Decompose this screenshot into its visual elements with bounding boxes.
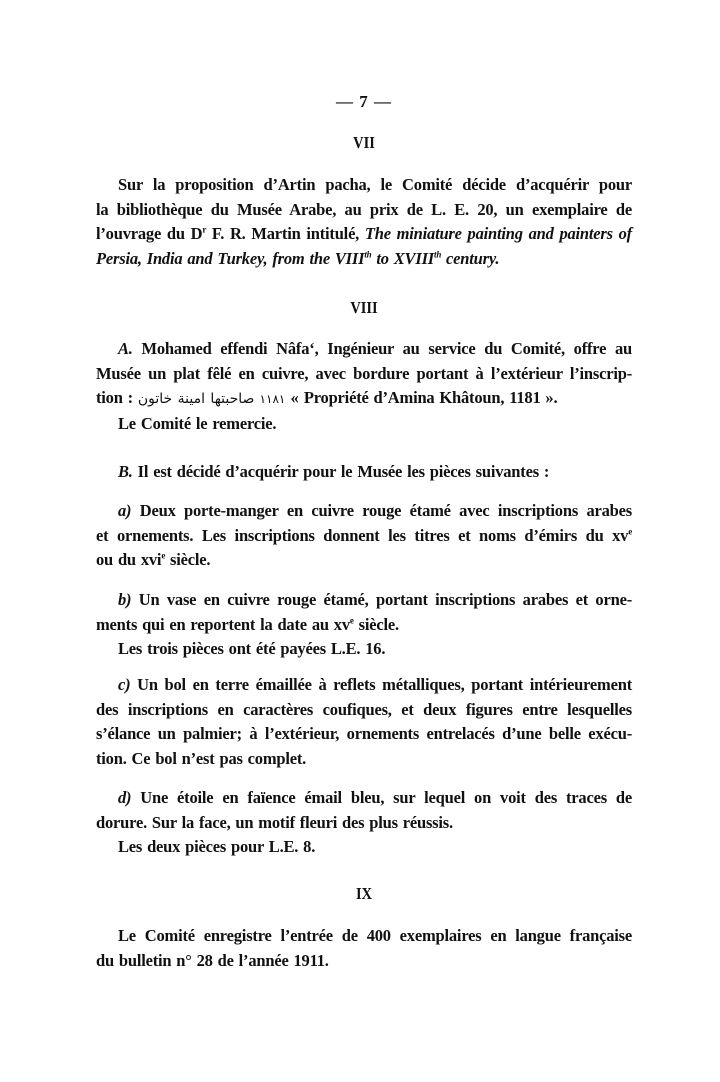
text-line: A. Mohamed effendi Nâfa‘, Ingénieur au s…	[96, 337, 632, 362]
paragraph-item-c: c) Un bol en terre émaillée à reflets mé…	[96, 673, 632, 771]
book-title-italic: century.	[441, 249, 499, 268]
arabic-year: ١١٨١	[260, 392, 286, 406]
text-line: la bibliothèque du Musée Arabe, au prix …	[96, 198, 632, 223]
text-line: B. Il est décidé d’acquérir pour le Musé…	[96, 460, 632, 485]
text-line: Le Comité enregistre l’entrée de 400 exe…	[96, 924, 632, 949]
item-label: d)	[118, 788, 131, 807]
item-label: A.	[118, 339, 133, 358]
text-fragment: et ornements. Les inscriptions donnent l…	[96, 526, 628, 545]
text-line: tion. Ce bol n’est pas complet.	[96, 747, 632, 772]
section-heading-ix: IX	[136, 884, 592, 904]
text-fragment: Mohamed effendi Nâfa‘, Ingénieur au serv…	[133, 339, 632, 358]
text-fragment: Une étoile en faïence émail bleu, sur le…	[131, 788, 632, 807]
text-line: Les trois pièces ont été payées L.E. 16.	[96, 637, 632, 662]
text-line: c) Un bol en terre émaillée à reflets mé…	[96, 673, 632, 698]
text-line: dorure. Sur la face, un motif fleuri des…	[96, 811, 632, 836]
text-fragment: l’ouvrage du D	[96, 224, 202, 243]
superscript: e	[628, 526, 632, 536]
paragraph-item-d: d) Une étoile en faïence émail bleu, sur…	[96, 786, 632, 860]
text-fragment: Un bol en terre émaillée à reflets métal…	[130, 675, 632, 694]
text-fragment: siècle.	[165, 550, 210, 569]
text-fragment: Deux porte-manger en cuivre rouge étamé …	[131, 501, 632, 520]
text-line: Les deux pièces pour L.E. 8.	[96, 835, 632, 860]
text-fragment: Il est décidé d’acquérir pour le Musée l…	[133, 462, 549, 481]
section-heading-vii: VII	[136, 133, 592, 153]
item-label: b)	[118, 590, 131, 609]
paragraph-item-b: b) Un vase en cuivre rouge étamé, portan…	[96, 588, 632, 662]
text-line: a) Deux porte-manger en cuivre rouge éta…	[96, 499, 632, 524]
text-line: Sur la proposition d’Artin pacha, le Com…	[96, 173, 632, 198]
item-label: B.	[118, 462, 133, 481]
paragraph-item-a: a) Deux porte-manger en cuivre rouge éta…	[96, 499, 632, 573]
book-title-italic: Persia, India and Turkey, from the VIII	[96, 249, 364, 268]
text-line: Persia, India and Turkey, from the VIIIt…	[96, 247, 632, 272]
section-heading-viii: VIII	[136, 298, 592, 318]
text-fragment: ments qui en reportent la date au xv	[96, 615, 350, 634]
text-line: des inscriptions en caractères coufiques…	[96, 698, 632, 723]
text-line: Musée un plat fêlé en cuivre, avec bordu…	[96, 362, 632, 387]
paragraph-vii: Sur la proposition d’Artin pacha, le Com…	[96, 173, 632, 271]
item-label: c)	[118, 675, 130, 694]
text-line: d) Une étoile en faïence émail bleu, sur…	[96, 786, 632, 811]
paragraph-ix: Le Comité enregistre l’entrée de 400 exe…	[96, 924, 632, 973]
book-title-italic: to XVIII	[371, 249, 434, 268]
paragraph-viii-b: B. Il est décidé d’acquérir pour le Musé…	[96, 460, 632, 485]
item-label: a)	[118, 501, 131, 520]
text-line: tion : ١١٨١ صاحبتها امينة خاتون « Propri…	[96, 386, 632, 412]
arabic-inscription: صاحبتها امينة خاتون	[138, 391, 255, 407]
text-fragment: Un vase en cuivre rouge étamé, portant i…	[131, 590, 632, 609]
text-line: Le Comité le remercie.	[96, 412, 632, 437]
text-line: l’ouvrage du Dr F. R. Martin intitulé, T…	[96, 222, 632, 247]
text-line: ments qui en reportent la date au xve si…	[96, 613, 632, 638]
text-fragment: siècle.	[354, 615, 399, 634]
page-number: — 7 —	[96, 92, 632, 112]
text-line: b) Un vase en cuivre rouge étamé, portan…	[96, 588, 632, 613]
text-fragment: tion :	[96, 388, 138, 407]
text-fragment: ou du xvi	[96, 550, 161, 569]
text-fragment: F. R. Martin intitulé,	[206, 224, 365, 243]
paragraph-viii-a: A. Mohamed effendi Nâfa‘, Ingénieur au s…	[96, 337, 632, 436]
text-fragment: « Propriété d’Amina Khâtoun, 1181 ».	[285, 388, 557, 407]
text-line: s’élance un palmier; à l’extérieur, orne…	[96, 722, 632, 747]
text-line: ou du xvie siècle.	[96, 548, 632, 573]
book-title-italic: The miniature painting and painters of	[365, 224, 632, 243]
text-line: et ornements. Les inscriptions donnent l…	[96, 524, 632, 549]
text-line: du bulletin n° 28 de l’année 1911.	[96, 949, 632, 974]
